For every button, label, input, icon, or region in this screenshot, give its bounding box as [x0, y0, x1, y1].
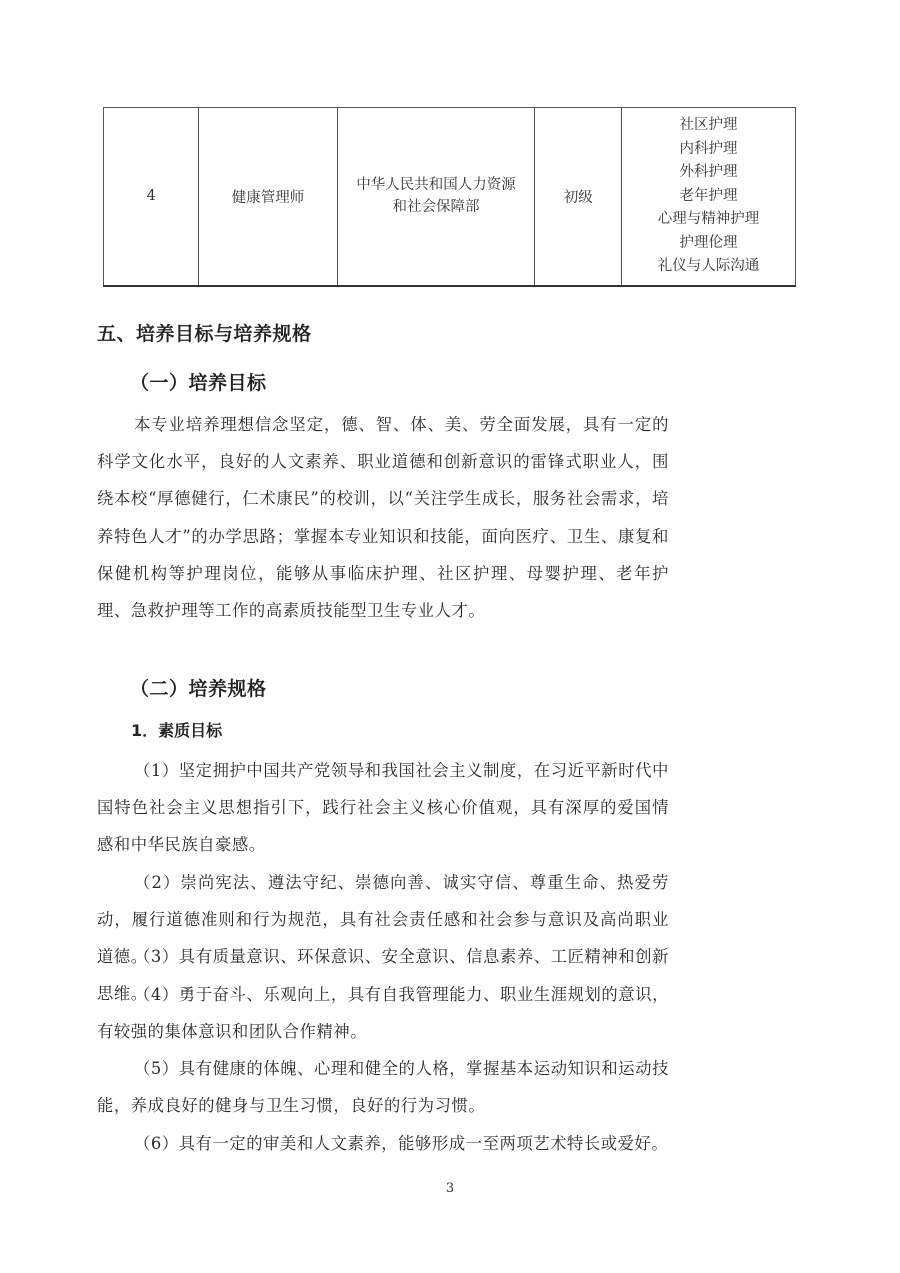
course-item: 社区护理: [679, 114, 737, 138]
subsection-heading-goals: （一）培养目标: [130, 368, 267, 395]
issuer-line: 和社会保障部: [338, 196, 535, 218]
quality-point-6: （6）具有一定的审美和人文素养，能够形成一至两项艺术特长或爱好。: [97, 1125, 669, 1162]
certificate-table: 4 健康管理师 中华人民共和国人力资源 和社会保障部 初级 社区护理 内科护理 …: [103, 107, 796, 287]
course-item: 外科护理: [679, 161, 737, 185]
item-heading-quality-goals: 1．素质目标: [131, 718, 222, 741]
issuer-line: 中华人民共和国人力资源: [338, 174, 535, 196]
cell-related-courses: 社区护理 内科护理 外科护理 老年护理 心理与精神护理 护理伦理 礼仪与人际沟通: [621, 108, 795, 286]
subsection-heading-specs: （二）培养规格: [130, 674, 267, 701]
quality-point-5: （5）具有健康的体魄、心理和健全的人格，掌握基本运动知识和运动技能，养成良好的健…: [97, 1050, 669, 1124]
section-heading: 五、培养目标与培养规格: [97, 319, 312, 346]
table-row: 4 健康管理师 中华人民共和国人力资源 和社会保障部 初级 社区护理 内科护理 …: [104, 108, 796, 286]
cell-level: 初级: [535, 108, 622, 286]
course-item: 礼仪与人际沟通: [658, 255, 760, 279]
document-page: 4 健康管理师 中华人民共和国人力资源 和社会保障部 初级 社区护理 内科护理 …: [0, 0, 900, 1273]
quality-point-4: （4）勇于奋斗、乐观向上，具有自我管理能力、职业生涯规划的意识，有较强的集体意识…: [97, 976, 669, 1050]
course-item: 心理与精神护理: [658, 208, 760, 232]
cell-certificate: 健康管理师: [199, 108, 337, 286]
course-item: 护理伦理: [679, 232, 737, 256]
goals-paragraph: 本专业培养理想信念坚定，德、智、体、美、劳全面发展，具有一定的科学文化水平，良好…: [97, 406, 669, 629]
page-number: 3: [0, 1181, 900, 1196]
cell-index: 4: [104, 108, 199, 286]
course-item: 内科护理: [679, 138, 737, 162]
quality-point-1: （1）坚定拥护中国共产党领导和我国社会主义制度，在习近平新时代中国特色社会主义思…: [97, 752, 669, 864]
cell-issuer: 中华人民共和国人力资源 和社会保障部: [337, 108, 535, 286]
course-item: 老年护理: [679, 185, 737, 209]
